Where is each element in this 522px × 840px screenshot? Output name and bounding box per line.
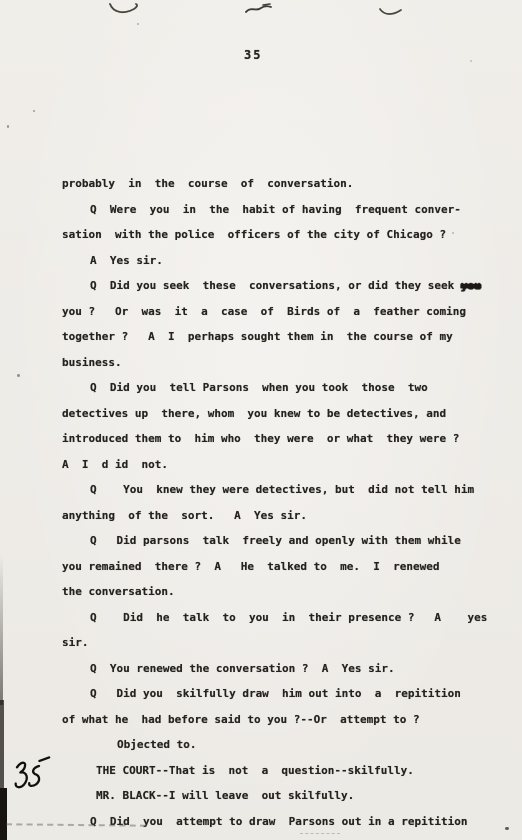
scan-edge-shadow-mid (0, 700, 4, 792)
transcript-line: A Yes sir. (62, 248, 502, 274)
handwriting-squiggle-top-right (379, 6, 403, 18)
scan-edge-shadow-bottom (0, 788, 7, 840)
transcript-line: THE COURT--That is not a question--skilf… (62, 758, 502, 784)
transcript-line: Objected to. (62, 732, 502, 758)
transcript-line: A I d id not. (62, 452, 502, 478)
handwritten-page-note-35 (10, 756, 54, 798)
transcript-line: Q Did you seek these conversations, or d… (62, 273, 502, 299)
transcript-line: business. (62, 350, 502, 376)
scan-speck (137, 23, 139, 25)
scanned-transcript-page: 35 probably in the course of conversatio… (0, 0, 522, 840)
transcript-line: Q Were you in the habit of having freque… (62, 197, 502, 223)
transcript-line: sation with the police officers of the c… (62, 222, 502, 248)
handwriting-squiggle-top-center (245, 3, 273, 17)
transcript-line: Q Did parsons talk freely and openly wit… (62, 528, 502, 554)
transcript-line: of what he had before said to you ?--Or … (62, 707, 502, 733)
transcript-line: Q Did you tell Parsons when you took tho… (62, 375, 502, 401)
scan-speck (7, 125, 9, 128)
transcript-line: you ? Or was it a case of Birds of a fea… (62, 299, 502, 325)
scan-speck (33, 110, 35, 112)
transcript-line: you remained there ? A He talked to me. … (62, 554, 502, 580)
transcript-line: Q You renewed the conversation ? A Yes s… (62, 656, 502, 682)
transcript-line: together ? A I perhaps sought them in th… (62, 324, 502, 350)
transcript-line: Q Did you skilfully draw him out into a … (62, 681, 502, 707)
transcript-line: introduced them to him who they were or … (62, 426, 502, 452)
pencil-dash-line-small (300, 833, 340, 834)
transcript-line: Q You knew they were detectives, but did… (62, 477, 502, 503)
transcript-line: probably in the course of conversation. (62, 171, 502, 197)
scan-speck (17, 374, 20, 377)
transcript-line: Q Did he talk to you in their presence ?… (62, 605, 502, 631)
transcript-line: sir. (62, 630, 502, 656)
scan-edge-shadow-upper (0, 555, 3, 705)
transcript-line: the conversation. (62, 579, 502, 605)
transcript-text-block: probably in the course of conversation.Q… (62, 171, 502, 834)
transcript-line: detectives up there, whom you knew to be… (62, 401, 502, 427)
transcript-line: Q Did you attempt to draw Parsons out in… (62, 809, 502, 835)
page-number: 35 (244, 48, 262, 62)
scan-speck (470, 60, 472, 62)
handwriting-squiggle-top-left (108, 0, 142, 18)
transcript-line: anything of the sort. A Yes sir. (62, 503, 502, 529)
struck-out-word: you (461, 279, 481, 292)
scan-speck (452, 232, 454, 234)
transcript-line: MR. BLACK--I will leave out skilfully. (62, 783, 502, 809)
scan-speck (505, 827, 509, 830)
